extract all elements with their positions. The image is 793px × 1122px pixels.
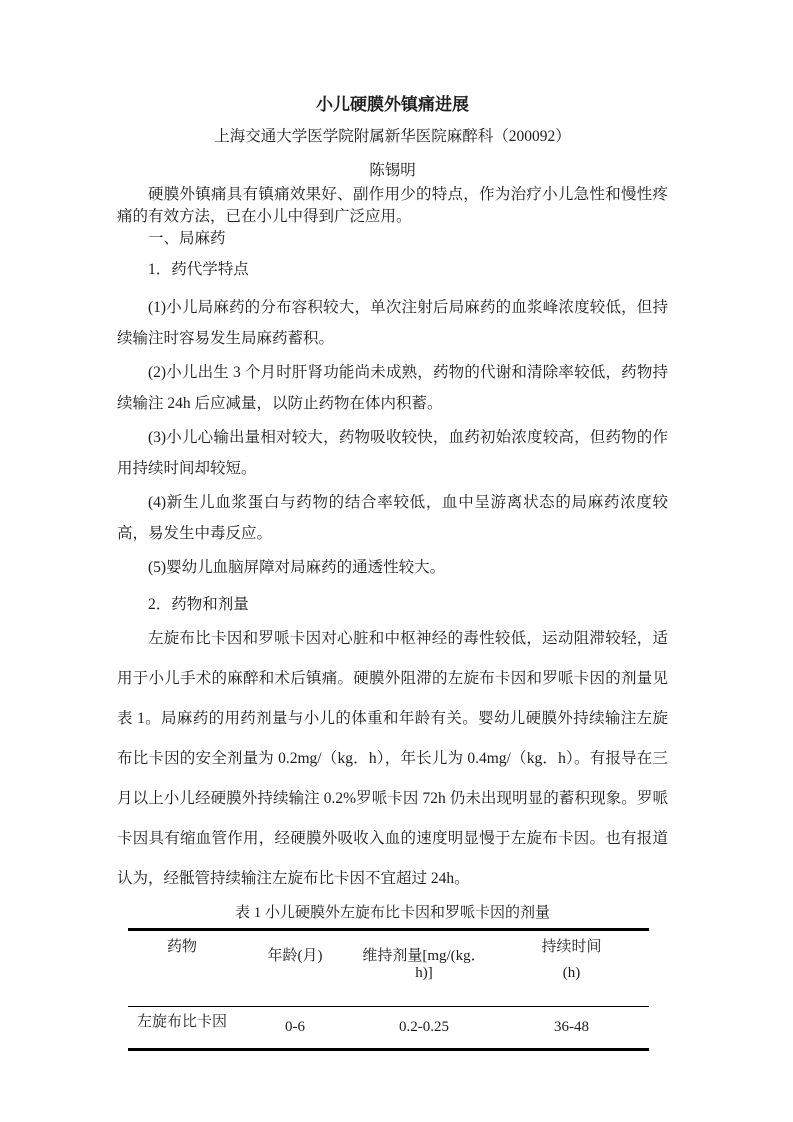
table-header-row: 药物 年龄(月) 维持剂量[mg/(kg．h)] 持续时间 (h): [128, 930, 649, 1007]
pharmacokinetics-list: (1)小儿局麻药的分布容积较大，单次注射后局麻药的血浆峰浓度较低，但持续输注时容…: [117, 292, 668, 583]
pharm-item-2: (2)小儿出生 3 个月时肝肾功能尚未成熟，药物的代谢和清除率较低，药物持续输注…: [117, 357, 668, 419]
pharm-item-3: (3)小儿心输出量相对较大，药物吸收较快，血药初始浓度较高，但药物的作用持续时间…: [117, 422, 668, 484]
cell-dose: 0.2-0.25: [354, 1007, 494, 1050]
document-title: 小儿硬膜外镇痛进展: [117, 94, 668, 116]
header-maintenance-dose: 维持剂量[mg/(kg．h)]: [354, 930, 494, 1007]
subsection-heading-pharmacokinetics: 1．药代学特点: [117, 258, 668, 282]
document-page: 小儿硬膜外镇痛进展 上海交通大学医学院附属新华医院麻醉科（200092） 陈锡明…: [0, 0, 793, 1122]
pharm-item-4: (4)新生儿血浆蛋白与药物的结合率较低，血中呈游离状态的局麻药浓度较高，易发生中…: [117, 487, 668, 549]
document-author: 陈锡明: [117, 160, 668, 182]
cell-duration: 36-48: [494, 1007, 649, 1050]
section-heading-local-anesthetics: 一、局麻药: [117, 228, 668, 250]
header-drug: 药物: [128, 930, 236, 1007]
header-duration-unit: (h): [494, 965, 649, 982]
cell-age: 0-6: [236, 1007, 354, 1050]
header-duration-label: 持续时间: [494, 935, 649, 956]
intro-paragraph: 硬膜外镇痛具有镇痛效果好、副作用少的特点，作为治疗小儿急性和慢性疼痛的有效方法，…: [117, 184, 668, 228]
document-content: 小儿硬膜外镇痛进展 上海交通大学医学院附属新华医院麻醉科（200092） 陈锡明…: [0, 94, 793, 1051]
document-affiliation: 上海交通大学医学院附属新华医院麻醉科（200092）: [117, 126, 668, 148]
subsection-heading-drugs-dosage: 2．药物和剂量: [117, 593, 668, 617]
header-duration: 持续时间 (h): [494, 930, 649, 1007]
pharm-item-1: (1)小儿局麻药的分布容积较大，单次注射后局麻药的血浆峰浓度较低，但持续输注时容…: [117, 292, 668, 354]
dosage-paragraph: 左旋布比卡因和罗哌卡因对心脏和中枢神经的毒性较低，运动阻滞较轻，适用于小儿手术的…: [117, 619, 668, 899]
header-age: 年龄(月): [236, 930, 354, 1007]
dosage-table: 药物 年龄(月) 维持剂量[mg/(kg．h)] 持续时间 (h) 左旋布比卡因…: [128, 928, 649, 1051]
pharm-item-5: (5)婴幼儿血脑屏障对局麻药的通透性较大。: [117, 552, 668, 583]
table-row: 左旋布比卡因 0-6 0.2-0.25 36-48: [128, 1007, 649, 1050]
table-caption: 表 1 小儿硬膜外左旋布比卡因和罗哌卡因的剂量: [117, 901, 668, 925]
cell-drug: 左旋布比卡因: [128, 1007, 236, 1050]
